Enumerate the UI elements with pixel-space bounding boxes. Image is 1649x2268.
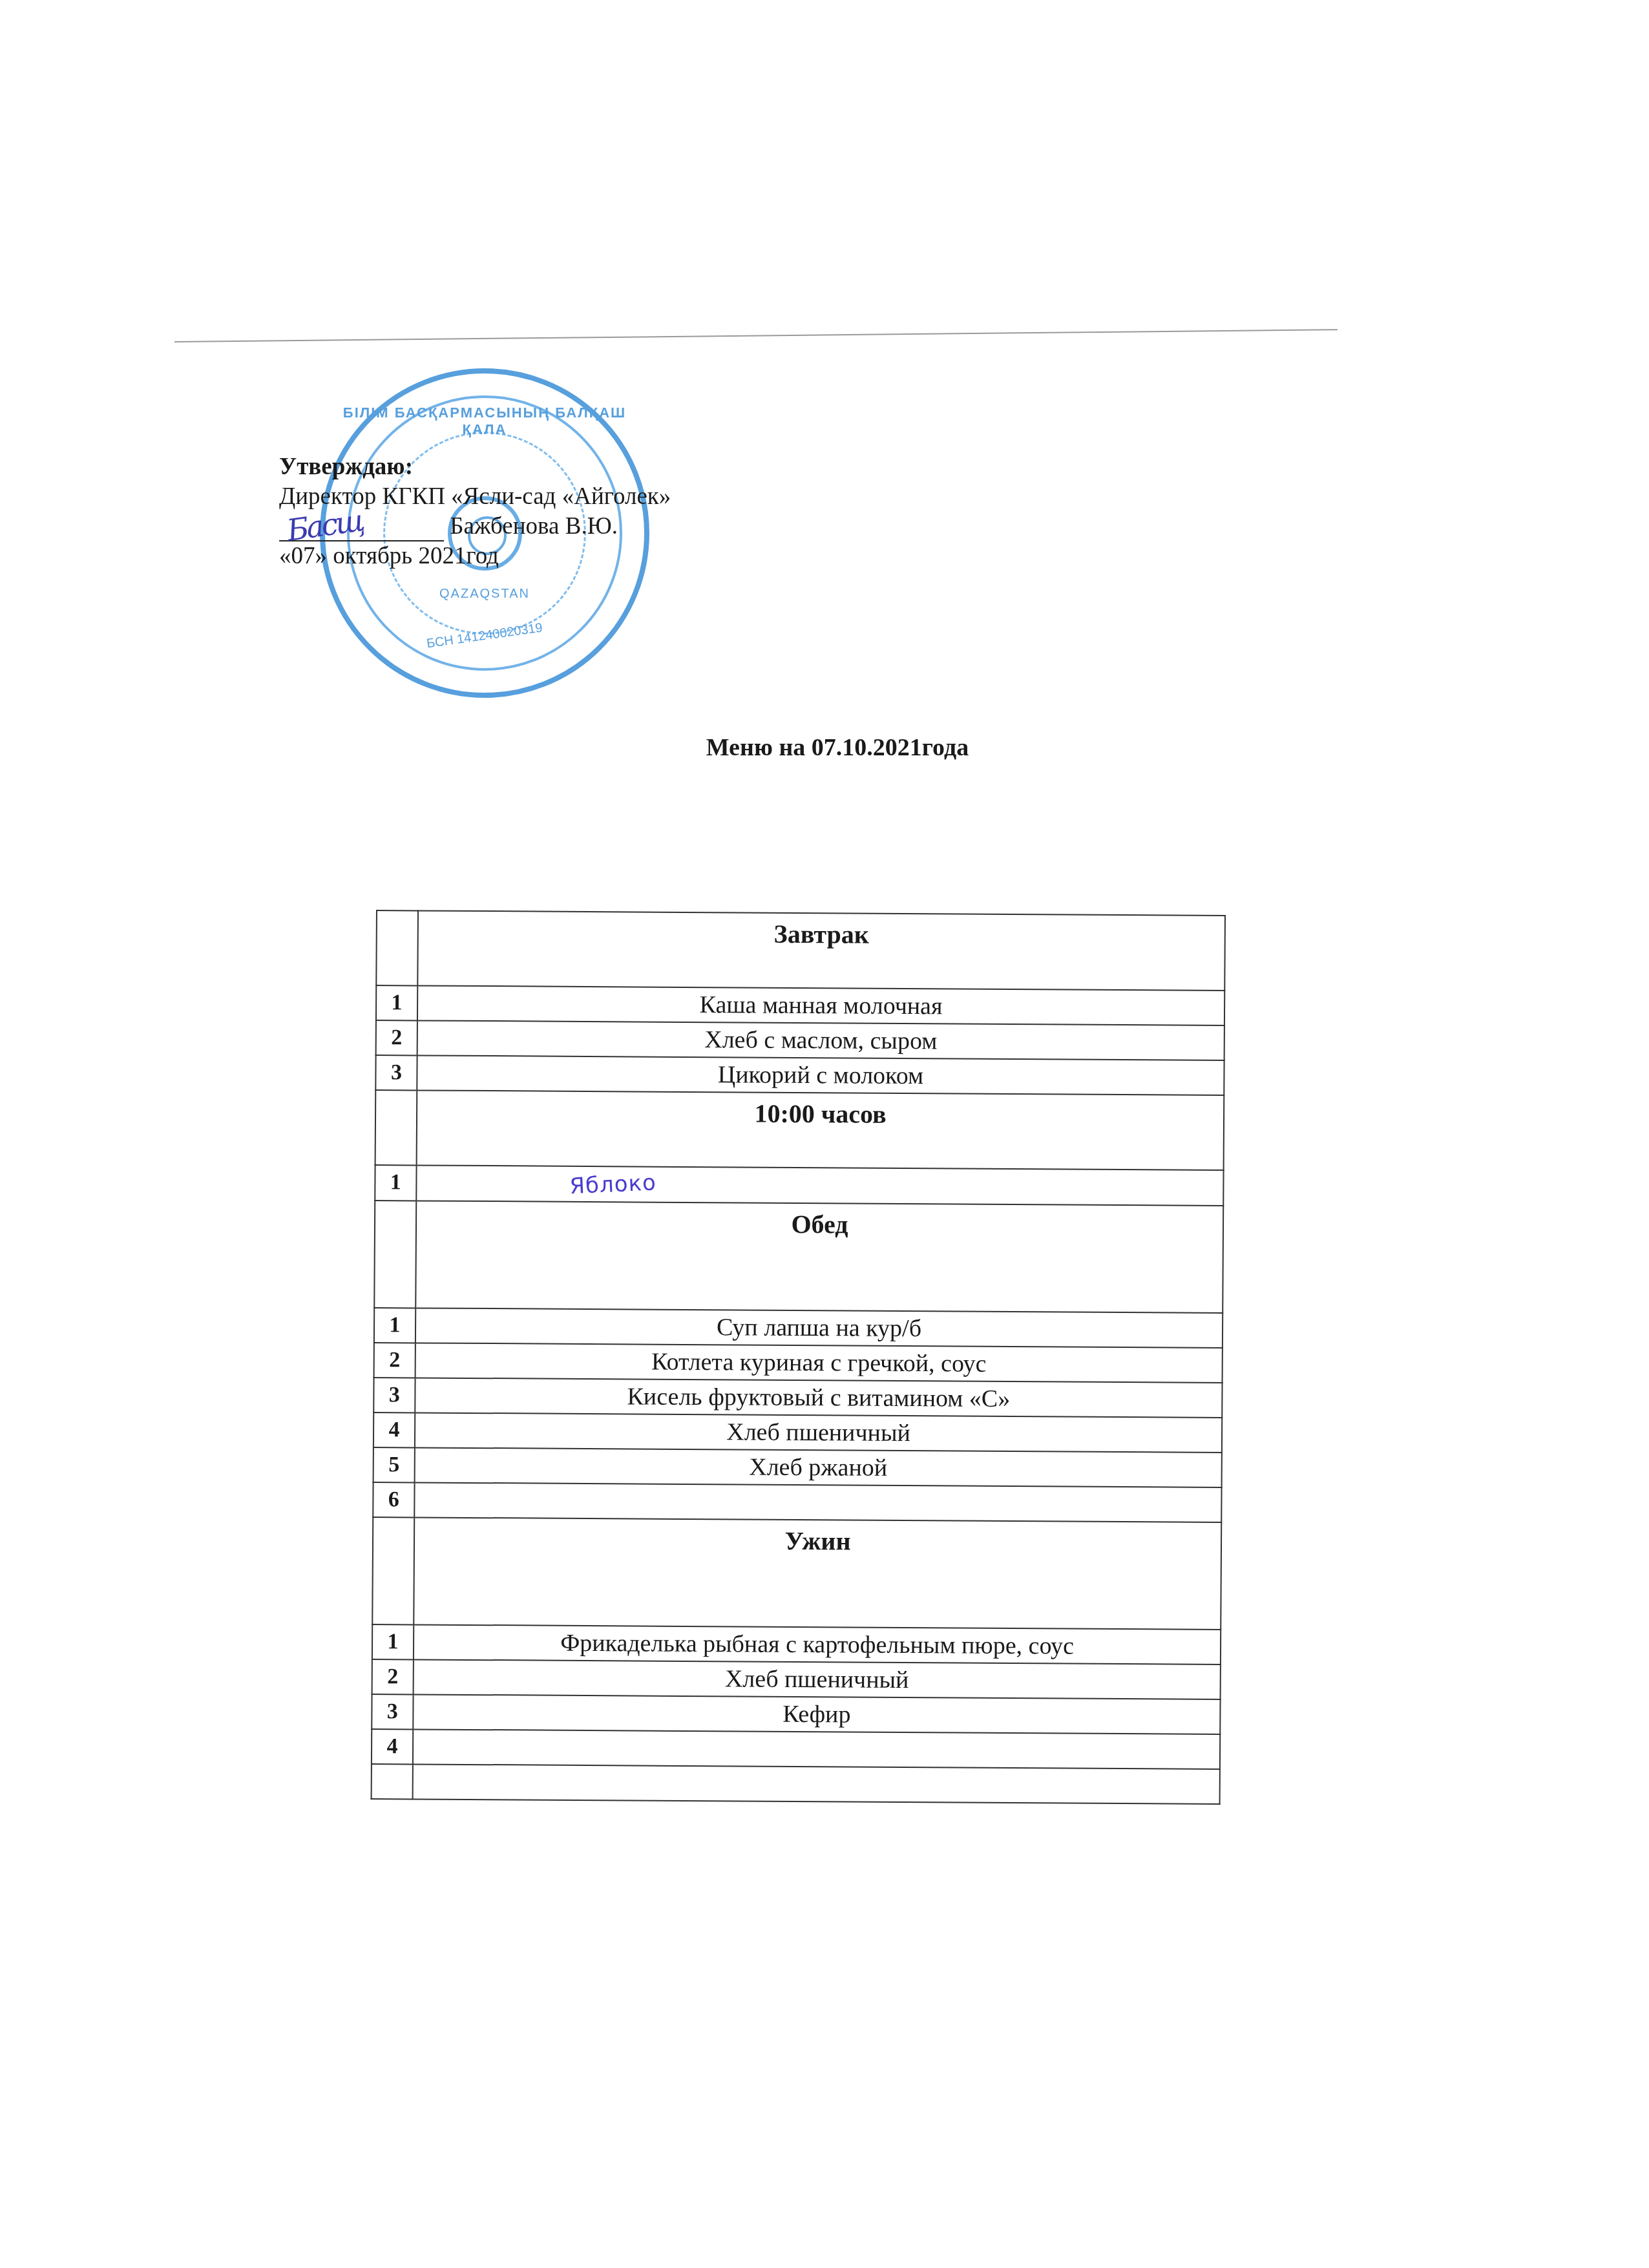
section-number-cell [375, 1090, 417, 1165]
menu-item-row: 4 [372, 1729, 1220, 1769]
section-title: Завтрак [417, 910, 1225, 991]
dish-name-cell [414, 1482, 1221, 1522]
dish-name-cell: Кефир [413, 1694, 1220, 1734]
item-number [372, 1764, 413, 1799]
item-number: 5 [373, 1447, 415, 1482]
dish-name-cell: Хлеб ржаной [415, 1447, 1222, 1487]
menu-item-row: 4Хлеб пшеничный [373, 1412, 1222, 1453]
dish-name-cell [413, 1764, 1220, 1804]
handwritten-dish-name: Яблоко [569, 1166, 658, 1203]
item-number: 4 [373, 1412, 415, 1447]
approval-date: «07» октябрь 2021год [279, 541, 671, 571]
menu-item-row: 3Кефир [372, 1694, 1220, 1734]
signature-line: Басщ [279, 516, 444, 541]
dish-name-cell [413, 1729, 1220, 1769]
menu-item-row: 6 [373, 1482, 1221, 1522]
item-number: 3 [375, 1055, 417, 1090]
menu-item-row [372, 1764, 1220, 1804]
section-header-row: 10:00 часов [375, 1090, 1224, 1170]
menu-item-row: 1Каша манная молочная [376, 985, 1224, 1025]
dish-name: Суп лапша на кур/б [717, 1314, 921, 1342]
dish-name: Каша манная молочная [700, 991, 943, 1020]
page-title: Меню на 07.10.2021года [0, 733, 1649, 762]
dish-name: Хлеб пшеничный [726, 1418, 910, 1447]
approval-signature-row: Басщ Бажбенова В.Ю. [279, 512, 671, 541]
dish-name: Котлета куриная с гречкой, соус [651, 1349, 987, 1378]
item-number: 3 [373, 1378, 415, 1412]
stamp-top-text: БІЛІМ БАСҚАРМАСЫНЫҢ БАЛҚАШ ҚАЛА [325, 404, 644, 438]
item-number: 6 [373, 1482, 414, 1517]
menu-item-row: 2Хлеб с маслом, сыром [376, 1020, 1224, 1060]
section-number-cell [376, 910, 418, 985]
menu-item-row: 1Суп лапша на кур/б [374, 1308, 1223, 1348]
dish-name: Кисель фруктовый с витамином «С» [627, 1383, 1010, 1412]
item-number: 1 [375, 1165, 416, 1201]
section-header-row: Ужин [372, 1517, 1221, 1630]
menu-item-row: 2Котлета куриная с гречкой, соус [374, 1343, 1223, 1383]
dish-name: Кефир [782, 1701, 850, 1728]
dish-name: Цикорий с молоком [718, 1061, 923, 1089]
item-number: 1 [376, 985, 417, 1020]
section-header-row: Обед [374, 1201, 1223, 1313]
item-number: 3 [372, 1694, 413, 1729]
menu-item-row: 3Кисель фруктовый с витамином «С» [373, 1378, 1222, 1418]
dish-name-cell: Цикорий с молоком [417, 1055, 1224, 1095]
section-title: Обед [415, 1201, 1223, 1313]
item-number: 2 [376, 1020, 417, 1055]
handwritten-signature: Басщ [285, 505, 364, 545]
menu-item-row: 3Цикорий с молоком [375, 1055, 1224, 1095]
section-number-cell [372, 1517, 414, 1624]
item-number: 2 [372, 1659, 414, 1694]
dish-name: Хлеб пшеничный [725, 1665, 909, 1694]
section-title: Ужин [414, 1517, 1221, 1630]
approval-block: Утверждаю: Директор КГКП «Ясли-сад «Айго… [279, 452, 671, 571]
dish-name-cell: Хлеб пшеничный [414, 1659, 1221, 1699]
dish-name-cell: Суп лапша на кур/б [415, 1308, 1223, 1348]
item-number: 1 [374, 1308, 415, 1343]
item-number: 4 [372, 1729, 413, 1764]
section-title: 10:00 часов [417, 1090, 1224, 1170]
menu-item-row: 1Яблоко [375, 1165, 1223, 1206]
dish-name-cell: Яблоко [416, 1165, 1223, 1206]
stamp-country-text: QAZAQSTAN [325, 587, 644, 602]
section-number-cell [374, 1201, 416, 1308]
menu-table: Завтрак1Каша манная молочная2Хлеб с масл… [371, 910, 1226, 1805]
menu-item-row: 5Хлеб ржаной [373, 1447, 1222, 1487]
dish-name-cell: Каша манная молочная [417, 985, 1224, 1025]
item-number: 1 [372, 1624, 414, 1659]
approval-label: Утверждаю: [279, 452, 671, 482]
dish-name: Хлеб с маслом, сыром [704, 1026, 937, 1055]
dish-name-cell: Фрикаделька рыбная с картофельным пюре, … [414, 1624, 1221, 1664]
dish-name: Хлеб ржаной [749, 1454, 887, 1482]
top-divider-line [174, 329, 1338, 342]
item-number: 2 [374, 1343, 415, 1378]
menu-table-body: Завтрак1Каша манная молочная2Хлеб с масл… [372, 910, 1225, 1804]
dish-name-cell: Хлеб пшеничный [415, 1412, 1222, 1453]
dish-name-cell: Хлеб с маслом, сыром [417, 1020, 1224, 1060]
section-header-row: Завтрак [376, 910, 1225, 991]
approver-name: Бажбенова В.Ю. [450, 513, 618, 540]
dish-name-cell: Котлета куриная с гречкой, соус [415, 1343, 1223, 1383]
dish-name-cell: Кисель фруктовый с витамином «С» [415, 1378, 1222, 1418]
menu-item-row: 2Хлеб пшеничный [372, 1659, 1221, 1699]
menu-item-row: 1Фрикаделька рыбная с картофельным пюре,… [372, 1624, 1221, 1664]
dish-name: Фрикаделька рыбная с картофельным пюре, … [560, 1630, 1074, 1660]
